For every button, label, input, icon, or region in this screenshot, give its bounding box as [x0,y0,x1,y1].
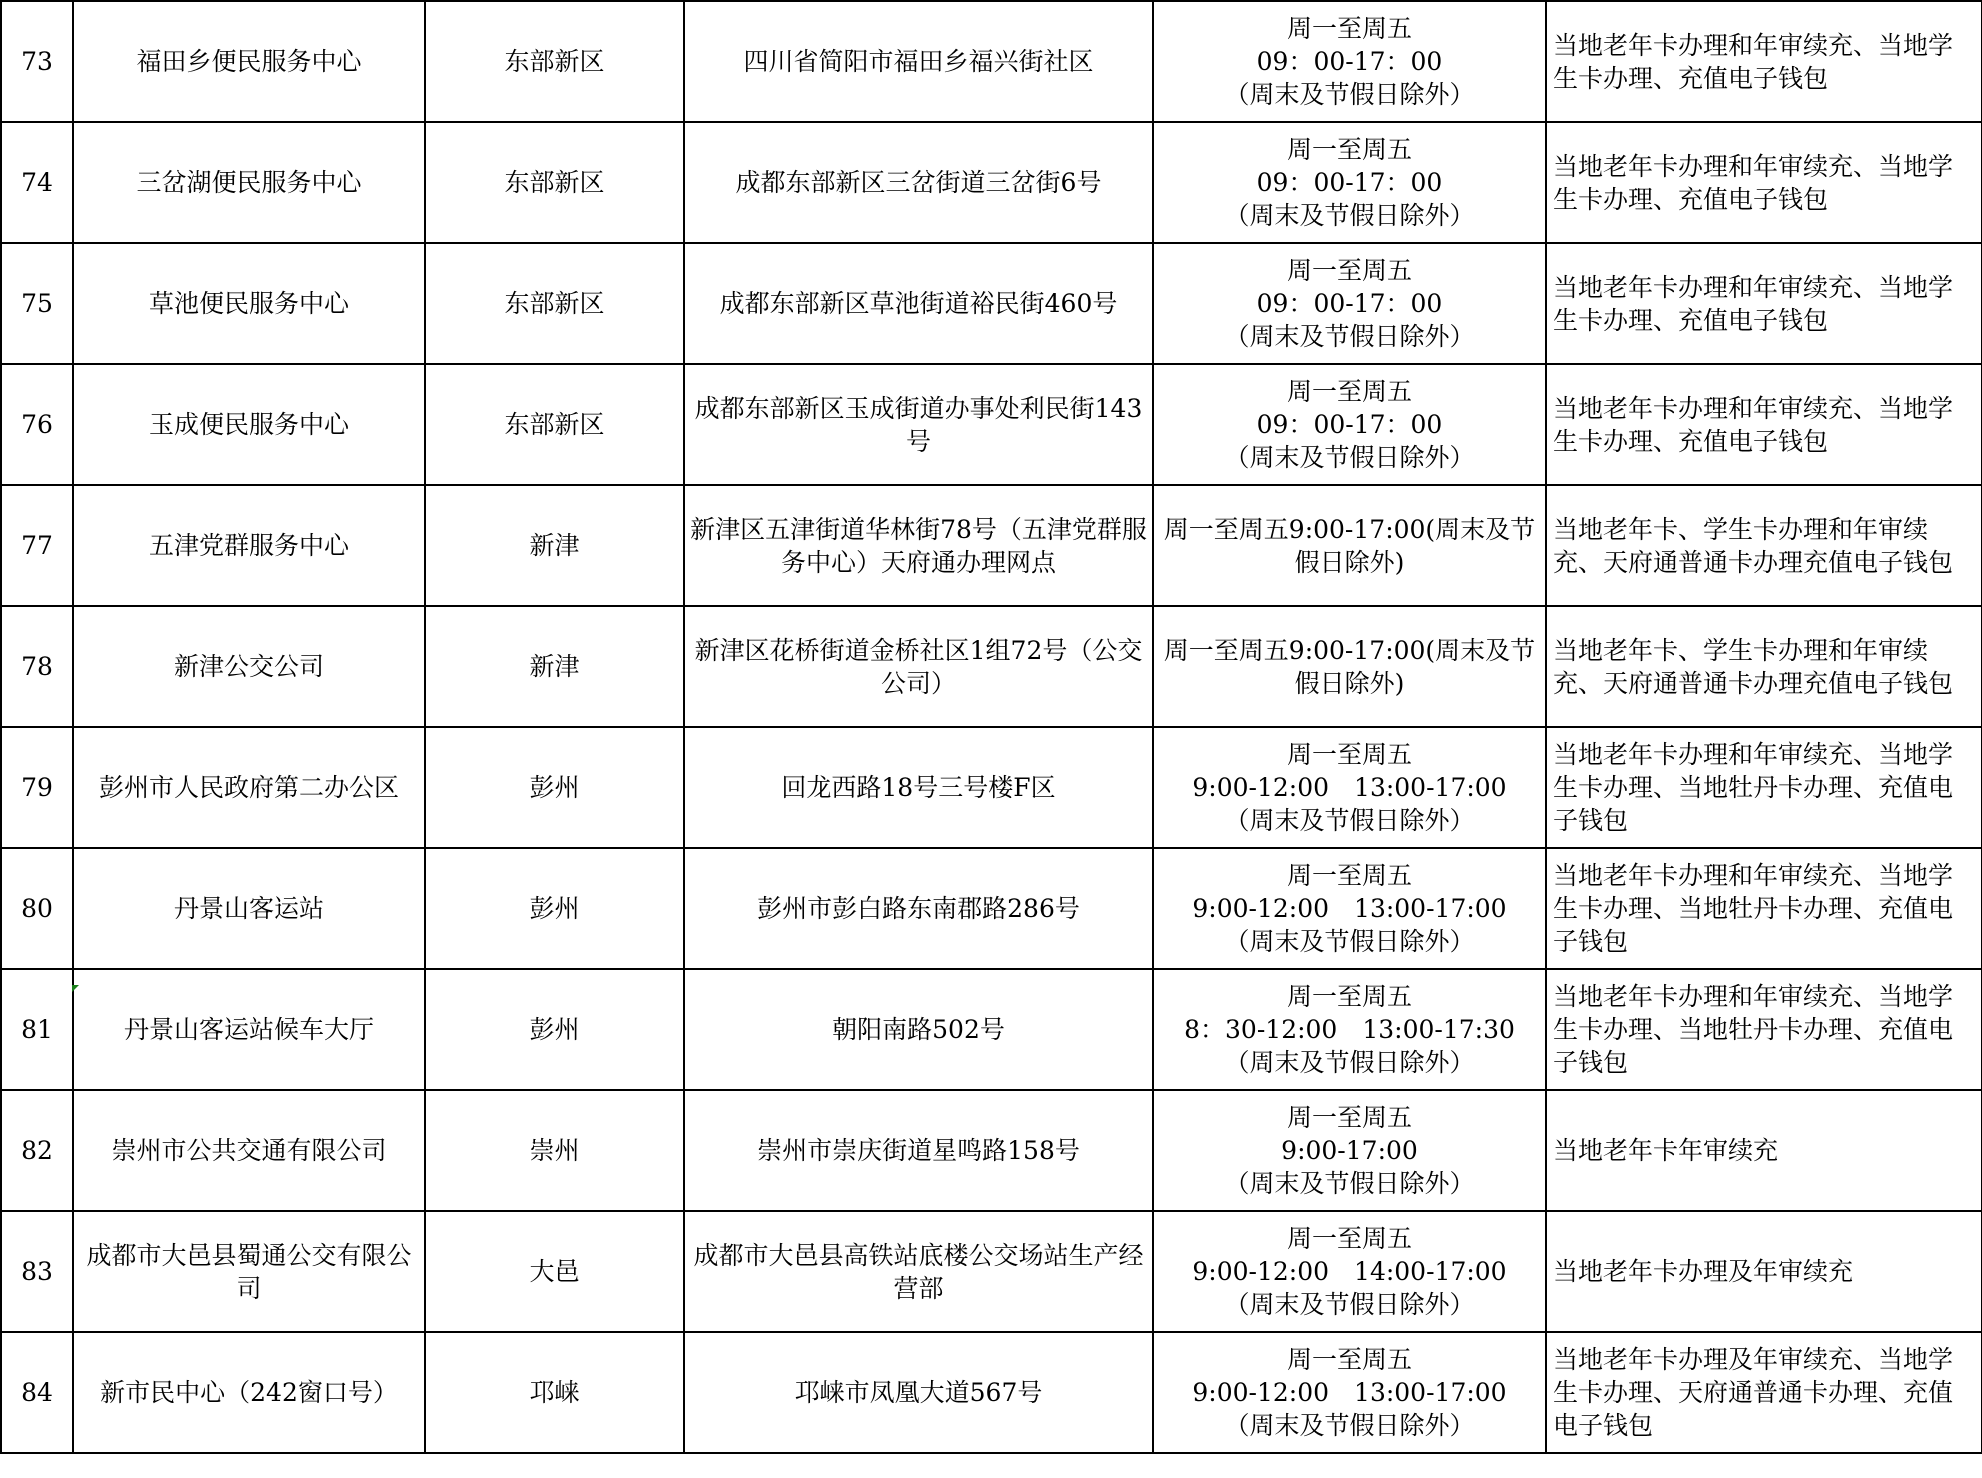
service-outlet-table: 73 福田乡便民服务中心 东部新区 四川省简阳市福田乡福兴街社区 周一至周五09… [0,0,1982,1454]
business-hours-cell[interactable]: 周一至周五8：30-12:00 13:00-17:30（周末及节假日除外） [1153,969,1546,1090]
district-cell[interactable]: 大邑 [425,1211,684,1332]
table-row: 80 丹景山客运站 彭州 彭州市彭白路东南郡路286号 周一至周五9:00-12… [1,848,1982,969]
table-row: 77 五津党群服务中心 新津 新津区五津街道华林街78号（五津党群服务中心）天府… [1,485,1982,606]
address-cell[interactable]: 成都东部新区三岔街道三岔街6号 [684,122,1153,243]
outlet-name-cell[interactable]: 成都市大邑县蜀通公交有限公司 [73,1211,425,1332]
address-cell[interactable]: 四川省简阳市福田乡福兴街社区 [684,1,1153,122]
hours-line: 周一至周五 [1158,859,1541,892]
row-number-cell[interactable]: 80 [1,848,73,969]
address-cell[interactable]: 成都东部新区玉成街道办事处利民街143号 [684,364,1153,485]
hours-line: （周末及节假日除外） [1158,925,1541,958]
outlet-name-cell[interactable]: 新津公交公司 [73,606,425,727]
hours-line: 周一至周五9:00-17:00(周末及节假日除外) [1158,634,1541,700]
row-number-cell[interactable]: 73 [1,1,73,122]
hours-line: 周一至周五 [1158,254,1541,287]
services-cell[interactable]: 当地老年卡办理及年审续充 [1546,1211,1982,1332]
district-cell[interactable]: 东部新区 [425,364,684,485]
hours-line: （周末及节假日除外） [1158,320,1541,353]
row-number-cell[interactable]: 76 [1,364,73,485]
table-row: 73 福田乡便民服务中心 东部新区 四川省简阳市福田乡福兴街社区 周一至周五09… [1,1,1982,122]
row-number-cell[interactable]: 81 [1,969,73,1090]
address-cell[interactable]: 回龙西路18号三号楼F区 [684,727,1153,848]
hours-line: （周末及节假日除外） [1158,804,1541,837]
hours-line: 9:00-12:00 13:00-17:00 [1158,771,1541,804]
services-cell[interactable]: 当地老年卡办理和年审续充、当地学生卡办理、当地牡丹卡办理、充值电子钱包 [1546,727,1982,848]
business-hours-cell[interactable]: 周一至周五9:00-17:00(周末及节假日除外) [1153,606,1546,727]
hours-line: 周一至周五9:00-17:00(周末及节假日除外) [1158,513,1541,579]
outlet-name-cell[interactable]: 新市民中心（242窗口号） [73,1332,425,1453]
outlet-name-cell[interactable]: 丹景山客运站候车大厅 [73,969,425,1090]
hours-line: 9:00-12:00 13:00-17:00 [1158,1376,1541,1409]
row-number-cell[interactable]: 78 [1,606,73,727]
business-hours-cell[interactable]: 周一至周五9:00-12:00 13:00-17:00（周末及节假日除外） [1153,727,1546,848]
hours-line: 09：00-17：00 [1158,45,1541,78]
address-cell[interactable]: 朝阳南路502号 [684,969,1153,1090]
services-cell[interactable]: 当地老年卡办理及年审续充、当地学生卡办理、天府通普通卡办理、充值电子钱包 [1546,1332,1982,1453]
table-body: 73 福田乡便民服务中心 东部新区 四川省简阳市福田乡福兴街社区 周一至周五09… [1,1,1982,1453]
row-number-cell[interactable]: 77 [1,485,73,606]
hours-line: （周末及节假日除外） [1158,1409,1541,1442]
row-number-cell[interactable]: 74 [1,122,73,243]
row-number-cell[interactable]: 82 [1,1090,73,1211]
cell-comment-indicator-icon [72,985,79,992]
services-cell[interactable]: 当地老年卡、学生卡办理和年审续充、天府通普通卡办理充值电子钱包 [1546,485,1982,606]
business-hours-cell[interactable]: 周一至周五9:00-17:00(周末及节假日除外) [1153,485,1546,606]
district-cell[interactable]: 东部新区 [425,1,684,122]
address-cell[interactable]: 新津区花桥街道金桥社区1组72号（公交公司） [684,606,1153,727]
hours-line: 09：00-17：00 [1158,166,1541,199]
hours-line: 9:00-12:00 14:00-17:00 [1158,1255,1541,1288]
outlet-name-cell[interactable]: 福田乡便民服务中心 [73,1,425,122]
outlet-name-cell[interactable]: 崇州市公共交通有限公司 [73,1090,425,1211]
district-cell[interactable]: 新津 [425,606,684,727]
business-hours-cell[interactable]: 周一至周五09：00-17：00（周末及节假日除外） [1153,1,1546,122]
address-cell[interactable]: 邛崃市凤凰大道567号 [684,1332,1153,1453]
address-cell[interactable]: 崇州市崇庆街道星鸣路158号 [684,1090,1153,1211]
hours-line: 9:00-12:00 13:00-17:00 [1158,892,1541,925]
address-cell[interactable]: 成都市大邑县高铁站底楼公交场站生产经营部 [684,1211,1153,1332]
hours-line: （周末及节假日除外） [1158,1046,1541,1079]
services-cell[interactable]: 当地老年卡办理和年审续充、当地学生卡办理、充值电子钱包 [1546,122,1982,243]
address-cell[interactable]: 彭州市彭白路东南郡路286号 [684,848,1153,969]
hours-line: （周末及节假日除外） [1158,78,1541,111]
district-cell[interactable]: 东部新区 [425,243,684,364]
hours-line: 周一至周五 [1158,375,1541,408]
business-hours-cell[interactable]: 周一至周五9:00-12:00 13:00-17:00（周末及节假日除外） [1153,848,1546,969]
services-cell[interactable]: 当地老年卡办理和年审续充、当地学生卡办理、充值电子钱包 [1546,1,1982,122]
hours-line: 周一至周五 [1158,1101,1541,1134]
business-hours-cell[interactable]: 周一至周五9:00-12:00 14:00-17:00（周末及节假日除外） [1153,1211,1546,1332]
services-cell[interactable]: 当地老年卡办理和年审续充、当地学生卡办理、当地牡丹卡办理、充值电子钱包 [1546,848,1982,969]
district-cell[interactable]: 彭州 [425,969,684,1090]
hours-line: 周一至周五 [1158,1222,1541,1255]
district-cell[interactable]: 彭州 [425,727,684,848]
hours-line: 周一至周五 [1158,980,1541,1013]
table-row: 79 彭州市人民政府第二办公区 彭州 回龙西路18号三号楼F区 周一至周五9:0… [1,727,1982,848]
hours-line: 周一至周五 [1158,1343,1541,1376]
address-cell[interactable]: 新津区五津街道华林街78号（五津党群服务中心）天府通办理网点 [684,485,1153,606]
outlet-name-cell[interactable]: 草池便民服务中心 [73,243,425,364]
services-cell[interactable]: 当地老年卡办理和年审续充、当地学生卡办理、充值电子钱包 [1546,364,1982,485]
business-hours-cell[interactable]: 周一至周五09：00-17：00（周末及节假日除外） [1153,243,1546,364]
services-cell[interactable]: 当地老年卡年审续充 [1546,1090,1982,1211]
district-cell[interactable]: 彭州 [425,848,684,969]
table-row: 81 丹景山客运站候车大厅 彭州 朝阳南路502号 周一至周五8：30-12:0… [1,969,1982,1090]
business-hours-cell[interactable]: 周一至周五9:00-17:00（周末及节假日除外） [1153,1090,1546,1211]
table-row: 84 新市民中心（242窗口号） 邛崃 邛崃市凤凰大道567号 周一至周五9:0… [1,1332,1982,1453]
hours-line: （周末及节假日除外） [1158,1167,1541,1200]
hours-line: 09：00-17：00 [1158,408,1541,441]
services-cell[interactable]: 当地老年卡办理和年审续充、当地学生卡办理、充值电子钱包 [1546,243,1982,364]
district-cell[interactable]: 东部新区 [425,122,684,243]
outlet-name-cell[interactable]: 丹景山客运站 [73,848,425,969]
district-cell[interactable]: 新津 [425,485,684,606]
hours-line: 周一至周五 [1158,12,1541,45]
table-row: 76 玉成便民服务中心 东部新区 成都东部新区玉成街道办事处利民街143号 周一… [1,364,1982,485]
table-row: 74 三岔湖便民服务中心 东部新区 成都东部新区三岔街道三岔街6号 周一至周五0… [1,122,1982,243]
table-row: 75 草池便民服务中心 东部新区 成都东部新区草池街道裕民街460号 周一至周五… [1,243,1982,364]
row-number-cell[interactable]: 84 [1,1332,73,1453]
table-row: 82 崇州市公共交通有限公司 崇州 崇州市崇庆街道星鸣路158号 周一至周五9:… [1,1090,1982,1211]
district-cell[interactable]: 崇州 [425,1090,684,1211]
row-number-cell[interactable]: 75 [1,243,73,364]
outlet-name-cell[interactable]: 彭州市人民政府第二办公区 [73,727,425,848]
hours-line: 9:00-17:00 [1158,1134,1541,1167]
hours-line: 09：00-17：00 [1158,287,1541,320]
hours-line: 8：30-12:00 13:00-17:30 [1158,1013,1541,1046]
business-hours-cell[interactable]: 周一至周五09：00-17：00（周末及节假日除外） [1153,364,1546,485]
services-cell[interactable]: 当地老年卡办理和年审续充、当地学生卡办理、当地牡丹卡办理、充值电子钱包 [1546,969,1982,1090]
table-row: 78 新津公交公司 新津 新津区花桥街道金桥社区1组72号（公交公司） 周一至周… [1,606,1982,727]
hours-line: 周一至周五 [1158,738,1541,771]
district-cell[interactable]: 邛崃 [425,1332,684,1453]
hours-line: （周末及节假日除外） [1158,1288,1541,1321]
services-cell[interactable]: 当地老年卡、学生卡办理和年审续充、天府通普通卡办理充值电子钱包 [1546,606,1982,727]
business-hours-cell[interactable]: 周一至周五9:00-12:00 13:00-17:00（周末及节假日除外） [1153,1332,1546,1453]
hours-line: 周一至周五 [1158,133,1541,166]
outlet-name-cell[interactable]: 五津党群服务中心 [73,485,425,606]
row-number-cell[interactable]: 83 [1,1211,73,1332]
hours-line: （周末及节假日除外） [1158,441,1541,474]
table-row: 83 成都市大邑县蜀通公交有限公司 大邑 成都市大邑县高铁站底楼公交场站生产经营… [1,1211,1982,1332]
address-cell[interactable]: 成都东部新区草池街道裕民街460号 [684,243,1153,364]
outlet-name-cell[interactable]: 三岔湖便民服务中心 [73,122,425,243]
outlet-name-cell[interactable]: 玉成便民服务中心 [73,364,425,485]
hours-line: （周末及节假日除外） [1158,199,1541,232]
business-hours-cell[interactable]: 周一至周五09：00-17：00（周末及节假日除外） [1153,122,1546,243]
row-number-cell[interactable]: 79 [1,727,73,848]
